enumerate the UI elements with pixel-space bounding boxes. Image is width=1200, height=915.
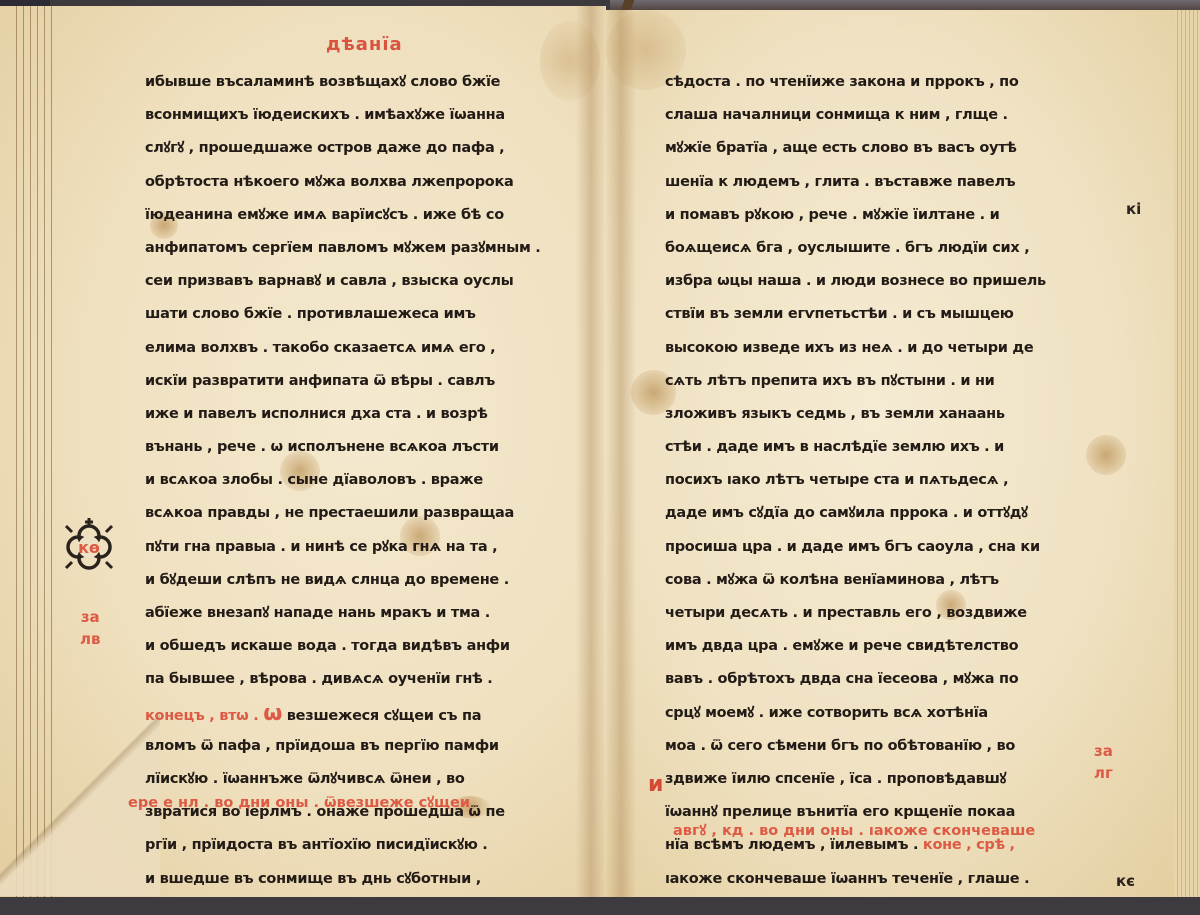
text-line: просиша цра . и даде имъ бгъ саоула , сн… (665, 531, 1095, 564)
text-line: обрѣтоста нѣкоего мꙋжа волхва лжепророка (145, 166, 585, 199)
text-line: сеи призвавъ варнавꙋ и савла , взыска оу… (145, 265, 585, 298)
text-line: елима волхвъ . такобо сказаетсѧ имѧ его … (145, 332, 585, 365)
text-line: зложивъ языкъ седмь , въ земли ханаань (665, 398, 1095, 431)
text-line: и бꙋдеши слѣпъ не видѧ слнца до времене … (145, 564, 585, 597)
text-line: искїи развратити анфипата ѿ вѣры . савлъ (145, 365, 585, 398)
text-line: здвиже їилю спсенїе , їса . проповѣдавшꙋ (665, 763, 1095, 796)
text-line: имъ двда цра . емꙋже и рече свидѣтелство (665, 630, 1095, 663)
text-line: даде имъ сꙋдїа до самꙋила пррока . и отт… (665, 497, 1095, 530)
margin-note: за лг (1094, 740, 1113, 784)
text-line: иже и павелъ исполнися дха ста . и возрѣ (145, 398, 585, 431)
text-line: сова . мꙋжа ѿ колѣна венїаминова , лѣтъ (665, 564, 1095, 597)
red-initial: ѡ (263, 701, 282, 726)
text-line: и вшедше въ сонмище въ днь сꙋботныи , (145, 863, 585, 896)
running-head: дѣанїа (326, 34, 403, 55)
text-segment: ıакоже скончеваше їѡаннъ теченїе , глаше… (665, 871, 1029, 887)
text-line: срцꙋ моемꙋ . иже сотворить всѧ хотѣнїа (665, 697, 1095, 730)
text-line: шенїа к людемъ , глита . въставже павелъ (665, 166, 1095, 199)
red-initial: и (648, 772, 663, 797)
text-line: їюдеанина емꙋже имѧ варїисꙋсъ . иже бѣ с… (145, 199, 585, 232)
left-text-block: ибывше въсаламинѣ возвѣщахꙋ слово бжїе в… (145, 66, 585, 896)
rubric-footer: авгꙋ , кд . во дни оны . ıакоже скончева… (673, 820, 1035, 840)
gutter-shadow (606, 10, 636, 902)
text-continuation: везшежеся сꙋщеи съ па (287, 708, 481, 724)
text-line-rubric: конецъ , втѡ . ѡ везшежеся сꙋщеи съ па (145, 697, 585, 730)
margin-note: за лв (80, 606, 100, 650)
text-line: вломъ ѿ пафа , прїидоша въ пергїю памфи (145, 730, 585, 763)
text-line: высокою изведе ихъ из неѧ . и до четыри … (665, 332, 1095, 365)
text-line: абїеже внезапꙋ нападе нань мракъ и тма . (145, 597, 585, 630)
right-text-block: сѣдоста . по чтенїиже закона и пррокъ , … (665, 66, 1095, 896)
quatrefoil-ornament-icon: кѳ (60, 518, 118, 576)
text-line: ıакоже скончеваше їѡаннъ теченїе , глаше… (665, 863, 1095, 896)
text-line: мꙋжїе братїа , аще есть слово въ васъ оу… (665, 132, 1095, 165)
text-line: пꙋти гна правыа . и нинѣ се рꙋка гнѧ на … (145, 531, 585, 564)
page-edges (1174, 10, 1200, 902)
text-line: сѣдоста . по чтенїиже закона и пррокъ , … (665, 66, 1095, 99)
text-line: и обшедъ искаше вода . тогда видѣвъ анфи (145, 630, 585, 663)
text-line: посихъ ıако лѣтъ четыре ста и пѧтьдесѧ , (665, 464, 1095, 497)
text-line: шати слово бжїе . противлашежеса имъ (145, 298, 585, 331)
text-line: па бывшее , вѣрова . дивѧсѧ оученїи гнѣ … (145, 663, 585, 696)
text-line: всѧкоа правды , не престаешили развращаа (145, 497, 585, 530)
text-line: и всѧкоа злобы . сыне дїаволовъ . враже (145, 464, 585, 497)
text-line: анфипатомъ сергїем павломъ мꙋжем разꙋмны… (145, 232, 585, 265)
signature-mark: кє (1116, 872, 1135, 890)
book-bottom-edge (0, 897, 1200, 915)
signature-mark: кі (1126, 200, 1141, 218)
text-line: ствїи въ земли егѵпетьстѣи . и съ мышцею (665, 298, 1095, 331)
text-line: слаша началници сонмища к ним , глще . (665, 99, 1095, 132)
text-line: моа . ѿ сего сѣмени бгъ по обѣтованїю , … (665, 730, 1095, 763)
text-line: четыри десѧть . и преставль его , воздви… (665, 597, 1095, 630)
text-line: вънань , рече . ѡ исполънене всѧкоа лъст… (145, 431, 585, 464)
rubric-footer: ере е нл . во дни оны . ѿвезшеже сꙋщеи (128, 792, 470, 812)
text-line: вавъ . обрѣтохъ двда сна їесеова , мꙋжа … (665, 663, 1095, 696)
ornament-number: кѳ (78, 538, 100, 557)
rubric-text: конецъ , втѡ . (145, 708, 258, 724)
text-line: стѣи . даде имъ в наслѣдїе землю ихъ . и (665, 431, 1095, 464)
text-line: и помавъ рꙋкою , рече . мꙋжїе їилтане . … (665, 199, 1095, 232)
text-line: боѧщеисѧ бга , оуслышите . бгъ людїи сих… (665, 232, 1095, 265)
text-line: сѧть лѣтъ препита ихъ въ пꙋстыни . и ни (665, 365, 1095, 398)
text-line: всонмищихъ їюдеискихъ . имѣахꙋже їѡанна (145, 99, 585, 132)
text-line: избра ѡцы наша . и люди вознесе во прише… (665, 265, 1095, 298)
text-line: слꙋгꙋ , прошедшаже остров даже до пафа , (145, 132, 585, 165)
text-line: ргїи , прїидоста въ антїохїю писидїискꙋю… (145, 829, 585, 862)
left-page: дѣанїа ибывше въсаламинѣ возвѣщахꙋ слово… (0, 6, 606, 898)
text-line: ибывше въсаламинѣ возвѣщахꙋ слово бжїе (145, 66, 585, 99)
